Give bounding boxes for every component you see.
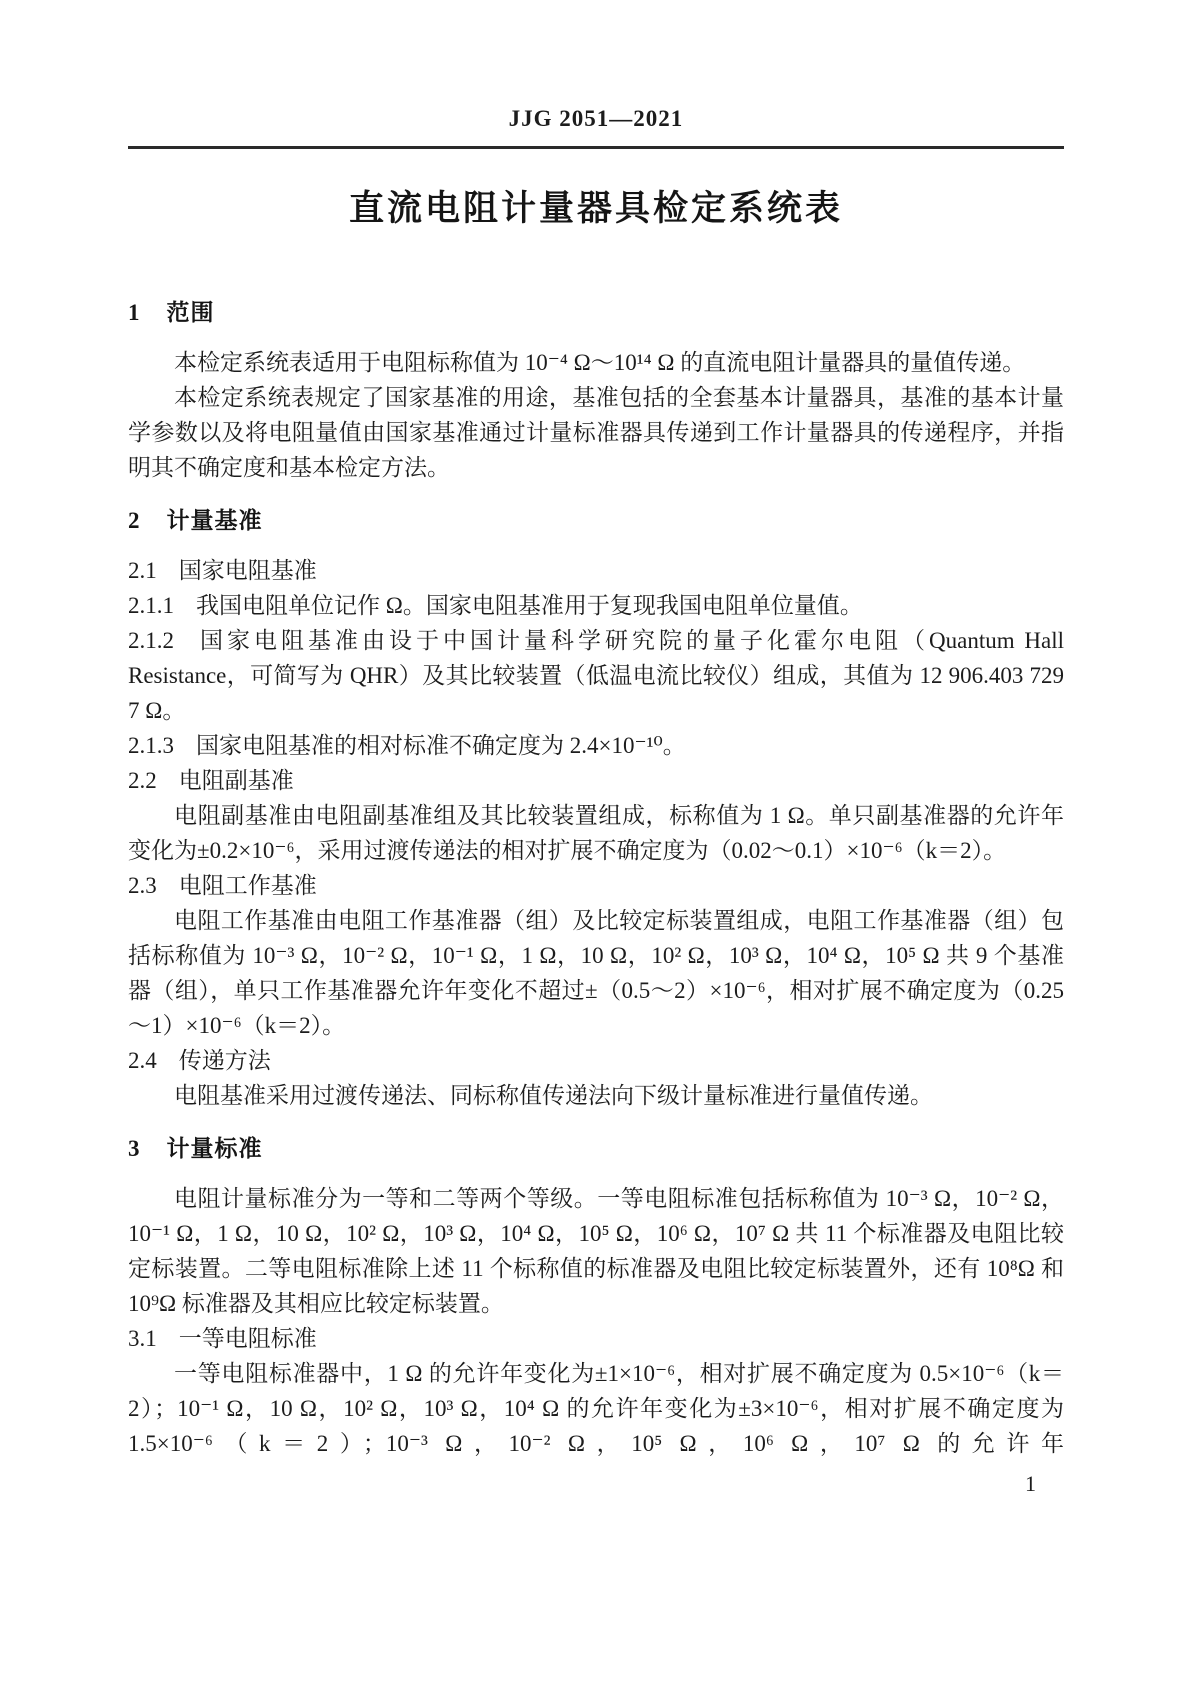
numbered-paragraph-2-1-3: 2.1.3国家电阻基准的相对标准不确定度为 2.4×10⁻¹⁰。: [128, 728, 1064, 763]
subsection-title: 国家电阻基准: [179, 558, 317, 583]
subsection-number: 2.3: [128, 873, 157, 898]
numbered-paragraph-2-1-1: 2.1.1我国电阻单位记作 Ω。国家电阻基准用于复现我国电阻单位量值。: [128, 588, 1064, 623]
paragraph: 电阻计量标准分为一等和二等两个等级。一等电阻标准包括标称值为 10⁻³ Ω，10…: [128, 1181, 1064, 1321]
document-title: 直流电阻计量器具检定系统表: [128, 185, 1064, 233]
subsection-heading-2-1: 2.1国家电阻基准: [128, 553, 1064, 588]
paragraph: 本检定系统表规定了国家基准的用途，基准包括的全套基本计量器具，基准的基本计量学参…: [128, 380, 1064, 485]
section-heading-1: 1范围: [128, 295, 1064, 330]
section-title: 计量基准: [167, 507, 263, 533]
clause-number: 2.1.3: [128, 733, 174, 758]
paragraph: 电阻副基准由电阻副基准组及其比较装置组成，标称值为 1 Ω。单只副基准器的允许年…: [128, 798, 1064, 868]
header-rule: [128, 146, 1064, 149]
document-content: JJG 2051—2021 直流电阻计量器具检定系统表 1范围 本检定系统表适用…: [128, 104, 1064, 1499]
page-number: 1: [128, 1469, 1064, 1499]
subsection-number: 2.1: [128, 558, 157, 583]
section-heading-3: 3计量标准: [128, 1131, 1064, 1166]
section-number: 1: [128, 300, 141, 325]
paragraph: 本检定系统表适用于电阻标称值为 10⁻⁴ Ω～10¹⁴ Ω 的直流电阻计量器具的…: [128, 345, 1064, 380]
section-heading-2: 2计量基准: [128, 503, 1064, 538]
numbered-paragraph-2-1-2: 2.1.2国家电阻基准由设于中国计量科学研究院的量子化霍尔电阻（Quantum …: [128, 623, 1064, 728]
subsection-heading-2-4: 2.4传递方法: [128, 1043, 1064, 1078]
section-title: 计量标准: [167, 1135, 263, 1161]
subsection-number: 3.1: [128, 1326, 157, 1351]
clause-text: 国家电阻基准由设于中国计量科学研究院的量子化霍尔电阻（Quantum Hall …: [128, 628, 1064, 723]
subsection-title: 传递方法: [179, 1048, 271, 1073]
section-title: 范围: [167, 299, 215, 325]
paragraph-continued: 一等电阻标准器中，1 Ω 的允许年变化为±1×10⁻⁶，相对扩展不确定度为 0.…: [128, 1356, 1064, 1461]
section-number: 3: [128, 1136, 141, 1161]
subsection-title: 一等电阻标准: [179, 1326, 317, 1351]
document-page: JJG 2051—2021 直流电阻计量器具检定系统表 1范围 本检定系统表适用…: [0, 0, 1191, 1684]
clause-number: 2.1.1: [128, 593, 174, 618]
document-code: JJG 2051—2021: [128, 104, 1064, 134]
clause-text: 国家电阻基准的相对标准不确定度为 2.4×10⁻¹⁰。: [196, 733, 686, 758]
clause-text: 我国电阻单位记作 Ω。国家电阻基准用于复现我国电阻单位量值。: [196, 593, 863, 618]
subsection-heading-3-1: 3.1一等电阻标准: [128, 1321, 1064, 1356]
subsection-title: 电阻副基准: [179, 768, 294, 793]
subsection-heading-2-3: 2.3电阻工作基准: [128, 868, 1064, 903]
paragraph: 电阻工作基准由电阻工作基准器（组）及比较定标装置组成，电阻工作基准器（组）包括标…: [128, 903, 1064, 1043]
section-number: 2: [128, 508, 141, 533]
subsection-title: 电阻工作基准: [179, 873, 317, 898]
subsection-number: 2.4: [128, 1048, 157, 1073]
clause-number: 2.1.2: [128, 628, 174, 653]
subsection-heading-2-2: 2.2电阻副基准: [128, 763, 1064, 798]
subsection-number: 2.2: [128, 768, 157, 793]
paragraph: 电阻基准采用过渡传递法、同标称值传递法向下级计量标准进行量值传递。: [128, 1078, 1064, 1113]
